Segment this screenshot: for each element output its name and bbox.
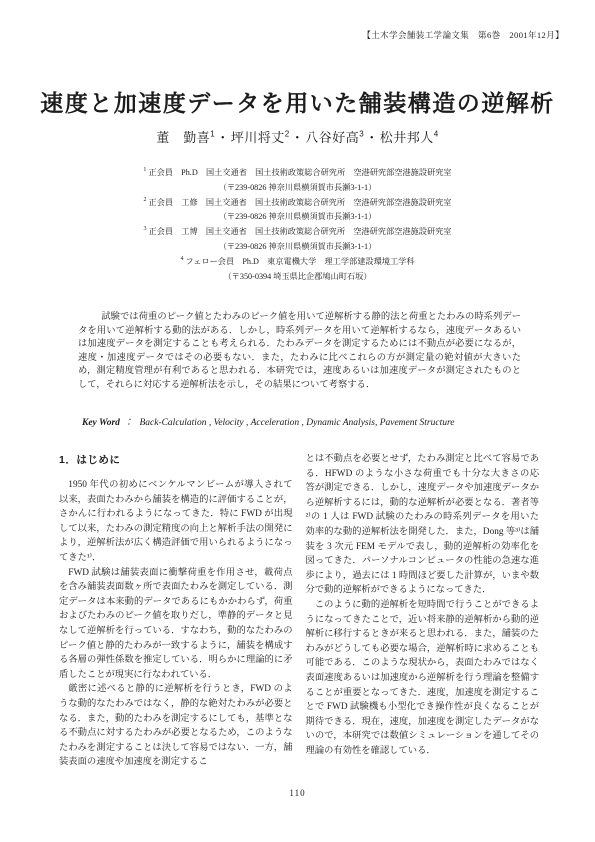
authors-line: 董 勤喜1・坪川将丈2・八谷好高3・松井邦人4 <box>0 127 595 146</box>
affiliation-text: フェロー会員 Ph.D 東京電機大学 理工学部建設環境工学科 <box>185 257 414 266</box>
affiliation-address: （〒239-0826 神奈川県横須賀市長瀬3-1-1） <box>0 240 595 255</box>
affiliation-text: 正会員 工修 国土交通省 国土技術政策総合研究所 空港研究部空港施設研究室 <box>149 198 452 207</box>
author-name-text: 坪川将丈 <box>231 130 285 145</box>
affiliations-block: 1正会員 Ph.D 国土交通省 国土技術政策総合研究所 空港研究部空港施設研究室… <box>0 166 595 284</box>
affiliation-line: 2正会員 工修 国土交通省 国土技術政策総合研究所 空港研究部空港施設研究室 <box>0 196 595 211</box>
affiliation-line: 1正会員 Ph.D 国土交通省 国土技術政策総合研究所 空港研究部空港施設研究室 <box>0 166 595 181</box>
right-column: とは不動点を必要とせず，たわみ測定と比べて容易である．HFWD のような小さな荷… <box>306 452 540 770</box>
affiliation-sup: 1 <box>143 167 146 173</box>
author-name: 八谷好高3 <box>305 130 364 145</box>
author-name: 松井邦人4 <box>380 130 439 145</box>
author-separator: ・ <box>215 130 231 145</box>
keywords-colon: ： <box>120 418 140 428</box>
section-heading: 1．はじめに <box>59 452 293 467</box>
author-name: 董 勤喜1 <box>156 130 215 145</box>
page-number: 110 <box>0 788 595 798</box>
author-name-text: 董 勤喜 <box>156 130 210 145</box>
abstract-block: 試験では荷重のピーク値とたわみのピーク値を用いて逆解析する静的法と荷重とたわみの… <box>78 311 521 392</box>
author-sup-ref: 2 <box>285 130 290 139</box>
affiliation-text: 正会員 Ph.D 国土交通省 国土技術政策総合研究所 空港研究部空港施設研究室 <box>148 168 451 177</box>
author-name-text: 八谷好高 <box>305 130 359 145</box>
author-sup-ref: 4 <box>434 130 439 139</box>
affiliation-text: 正会員 工博 国土交通省 国土技術政策総合研究所 空港研究部空港施設研究室 <box>149 227 452 236</box>
affiliation-line: 4フェロー会員 Ph.D 東京電機大学 理工学部建設環境工学科 <box>0 255 595 270</box>
body-paragraph: このように動的逆解析を短時間で行うことができるようになってきたことで，近い将来静… <box>306 598 540 759</box>
journal-header: 【土木学会舗装工学論文集 第6巻 2001年12月】 <box>362 29 564 41</box>
body-paragraph: 厳密に述べると静的に逆解析を行うとき，FWD のような動的なたわみではなく，静的… <box>59 682 293 770</box>
author-separator: ・ <box>364 130 380 145</box>
keywords-label: Key Word <box>82 418 120 428</box>
body-paragraph: とは不動点を必要とせず，たわみ測定と比べて容易である．HFWD のような小さな荷… <box>306 452 540 598</box>
body-paragraph: 1950 年代の初めにベンケルマンビームが導入されて以来，表面たわみから舗装を構… <box>59 478 293 566</box>
affiliation-address: （〒239-0826 神奈川県横須賀市長瀬3-1-1） <box>0 210 595 225</box>
paper-page: 【土木学会舗装工学論文集 第6巻 2001年12月】 速度と加速度データを用いた… <box>0 0 595 842</box>
paper-title: 速度と加速度データを用いた舗装構造の逆解析 <box>0 85 595 118</box>
abstract-text: 試験では荷重のピーク値とたわみのピーク値を用いて逆解析する静的法と荷重とたわみの… <box>78 311 521 392</box>
author-separator: ・ <box>290 130 306 145</box>
author-name: 坪川将丈2 <box>231 130 290 145</box>
affiliation-line: 3正会員 工博 国土交通省 国土技術政策総合研究所 空港研究部空港施設研究室 <box>0 225 595 240</box>
body-columns: 1．はじめに 1950 年代の初めにベンケルマンビームが導入されて以来，表面たわ… <box>59 452 539 770</box>
author-name-text: 松井邦人 <box>380 130 434 145</box>
affiliation-sup: 4 <box>180 256 183 262</box>
affiliation-address: （〒350-0394 埼玉県比企郡鳩山町石坂） <box>0 270 595 285</box>
affiliation-address: （〒239-0826 神奈川県横須賀市長瀬3-1-1） <box>0 181 595 196</box>
keywords-text: Back-Calculation , Velocity , Accelerati… <box>139 418 454 428</box>
affiliation-sup: 2 <box>144 197 147 203</box>
body-paragraph: FWD 試験は舗装表面に衝撃荷重を作用させ，載荷点を含み舗装表面数ヶ所で表面たわ… <box>59 566 293 683</box>
affiliation-sup: 3 <box>144 226 147 232</box>
keywords-line: Key Word：Back-Calculation , Velocity , A… <box>82 417 533 429</box>
left-column: 1．はじめに 1950 年代の初めにベンケルマンビームが導入されて以来，表面たわ… <box>59 452 293 770</box>
